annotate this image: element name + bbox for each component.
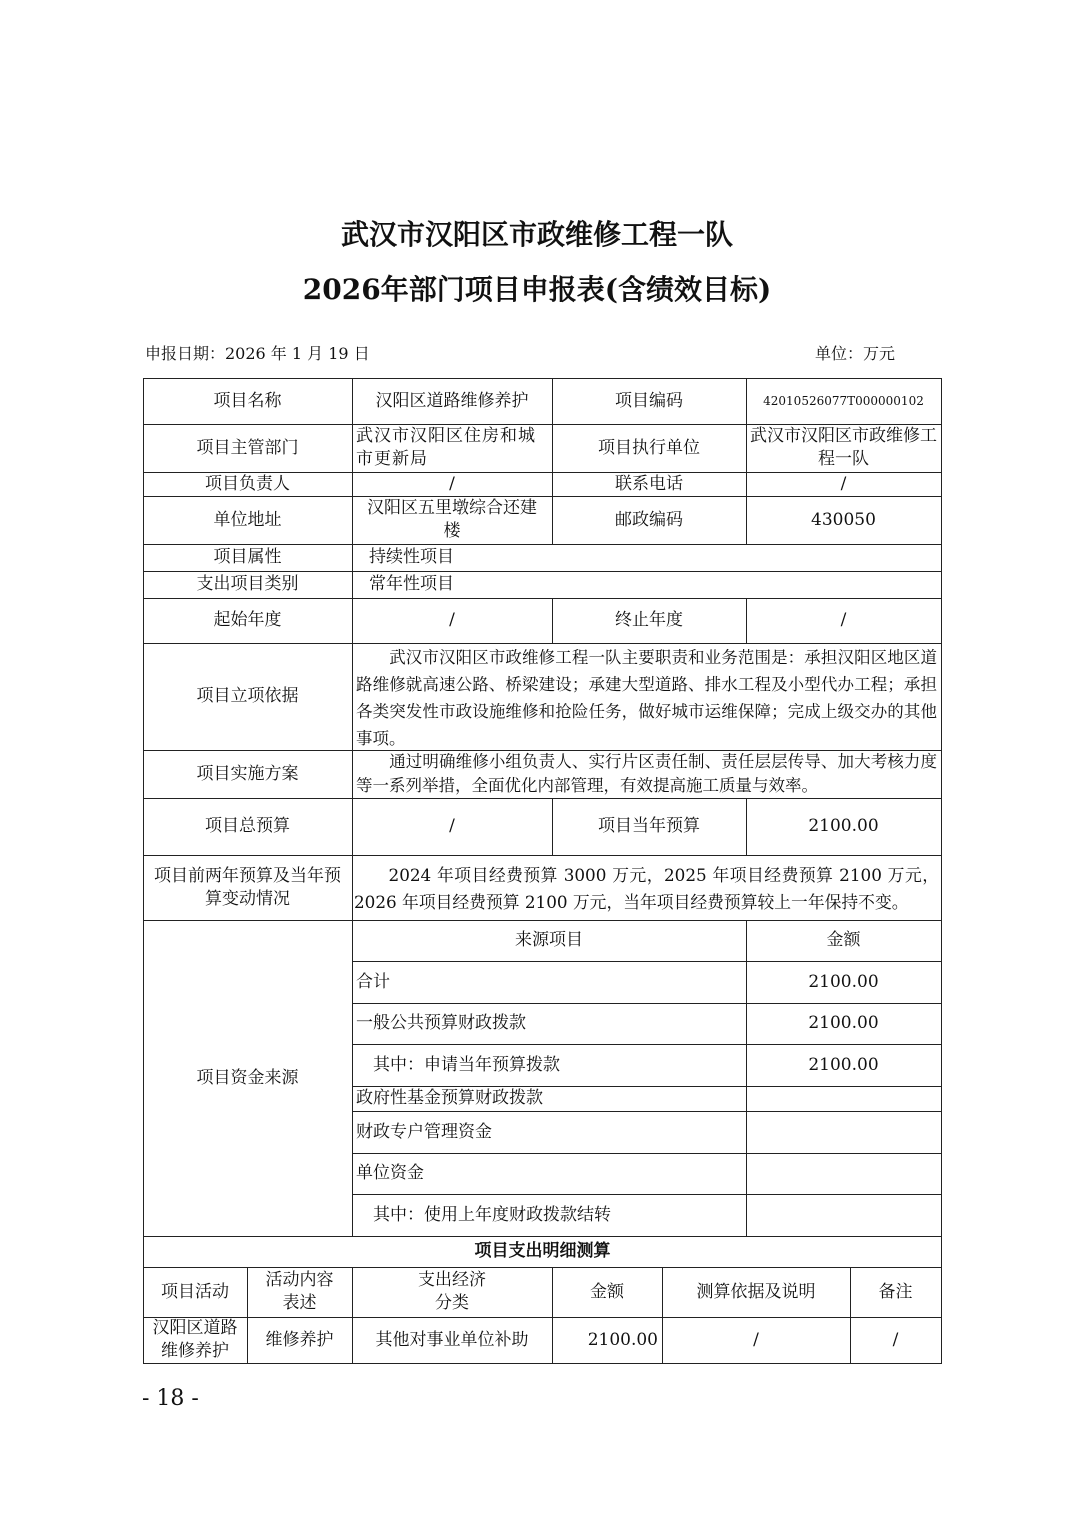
year-budget-label: 项目当年预算 [552, 798, 746, 855]
funding-row-name: 合计 [352, 961, 746, 1003]
detail-cell-amount: 2100.00 [552, 1317, 662, 1363]
phone-label: 联系电话 [552, 472, 746, 496]
page-number: - 18 - [142, 1386, 199, 1411]
year-budget-value: 2100.00 [746, 798, 941, 855]
funding-row-amount [746, 1111, 941, 1153]
funding-row-amount: 2100.00 [746, 1003, 941, 1044]
detail-cell-remark: / [850, 1317, 941, 1363]
project-code-label: 项目编码 [552, 378, 746, 424]
total-budget-value: / [352, 798, 552, 855]
project-name-label: 项目名称 [143, 378, 352, 424]
address-label: 单位地址 [143, 496, 352, 544]
basis-label: 项目立项依据 [143, 643, 352, 750]
project-code-value: 42010526077T000000102 [746, 378, 941, 424]
attribute-value: 持续性项目 [352, 544, 941, 571]
detail-header-econ-class: 支出经济分类 [352, 1267, 552, 1317]
detail-header-amount: 金额 [552, 1267, 662, 1317]
address-value: 汉阳区五里墩综合还建楼 [352, 496, 552, 544]
page-title-line2: 2026年部门项目申报表(含绩效目标) [0, 268, 1074, 308]
funding-row-amount: 2100.00 [746, 961, 941, 1003]
detail-section-title: 项目支出明细测算 [143, 1236, 942, 1267]
detail-header-basis: 测算依据及说明 [662, 1267, 850, 1317]
report-date: 申报日期：2026 年 1 月 19 日 [145, 341, 370, 364]
start-year-label: 起始年度 [143, 598, 352, 643]
detail-header-content: 活动内容表述 [247, 1267, 352, 1317]
funding-row-amount [746, 1194, 941, 1236]
funding-col-source: 来源项目 [352, 920, 746, 961]
funding-row-name: 一般公共预算财政拨款 [352, 1003, 746, 1044]
detail-cell-activity: 汉阳区道路维修养护 [143, 1317, 247, 1363]
funding-row-name: 单位资金 [352, 1153, 746, 1194]
leader-label: 项目负责人 [143, 472, 352, 496]
funding-row-name: 财政专户管理资金 [352, 1111, 746, 1153]
detail-header-activity: 项目活动 [143, 1267, 247, 1317]
plan-label: 项目实施方案 [143, 750, 352, 798]
unit-label: 单位：万元 [815, 341, 895, 364]
supervisor-label: 项目主管部门 [143, 424, 352, 472]
basis-text: 武汉市汉阳区市政维修工程一队主要职责和业务范围是：承担汉阳区地区道路维修就高速公… [352, 644, 941, 750]
application-table: 项目名称 汉阳区道路维修养护 项目编码 42010526077T00000010… [143, 378, 942, 1364]
page-title-line1: 武汉市汉阳区市政维修工程一队 [0, 213, 1074, 253]
detail-cell-econ-class: 其他对事业单位补助 [352, 1317, 552, 1363]
end-year-value: / [746, 598, 941, 643]
category-value: 常年性项目 [352, 571, 941, 598]
executor-label: 项目执行单位 [552, 424, 746, 472]
funding-row-name: 政府性基金预算财政拨款 [352, 1086, 746, 1111]
funding-label: 项目资金来源 [143, 920, 352, 1236]
leader-value: / [352, 472, 552, 496]
plan-text: 通过明确维修小组负责人、实行片区责任制、责任层层传导、加大考核力度等一系列举措，… [352, 750, 941, 798]
phone-value: / [746, 472, 941, 496]
funding-row-amount: 2100.00 [746, 1044, 941, 1086]
change-label: 项目前两年预算及当年预算变动情况 [143, 855, 352, 920]
start-year-value: / [352, 598, 552, 643]
change-text: 2024 年项目经费预算 3000 万元，2025 年项目经费预算 2100 万… [352, 862, 941, 920]
funding-row-name: 其中：申请当年预算拨款 [352, 1044, 746, 1086]
end-year-label: 终止年度 [552, 598, 746, 643]
detail-cell-content: 维修养护 [247, 1317, 352, 1363]
supervisor-value: 武汉市汉阳区住房和城市更新局 [352, 424, 552, 472]
category-label: 支出项目类别 [143, 571, 352, 598]
postcode-value: 430050 [746, 496, 941, 544]
detail-header-remark: 备注 [850, 1267, 941, 1317]
funding-col-amount: 金额 [746, 920, 941, 961]
postcode-label: 邮政编码 [552, 496, 746, 544]
divider [143, 1363, 942, 1364]
detail-cell-basis: / [662, 1317, 850, 1363]
funding-row-name: 其中：使用上年度财政拨款结转 [352, 1194, 746, 1236]
attribute-label: 项目属性 [143, 544, 352, 571]
executor-value: 武汉市汉阳区市政维修工程一队 [746, 424, 941, 472]
project-name-value: 汉阳区道路维修养护 [352, 378, 552, 424]
divider [941, 378, 942, 1364]
total-budget-label: 项目总预算 [143, 798, 352, 855]
funding-row-amount [746, 1086, 941, 1111]
funding-row-amount [746, 1153, 941, 1194]
